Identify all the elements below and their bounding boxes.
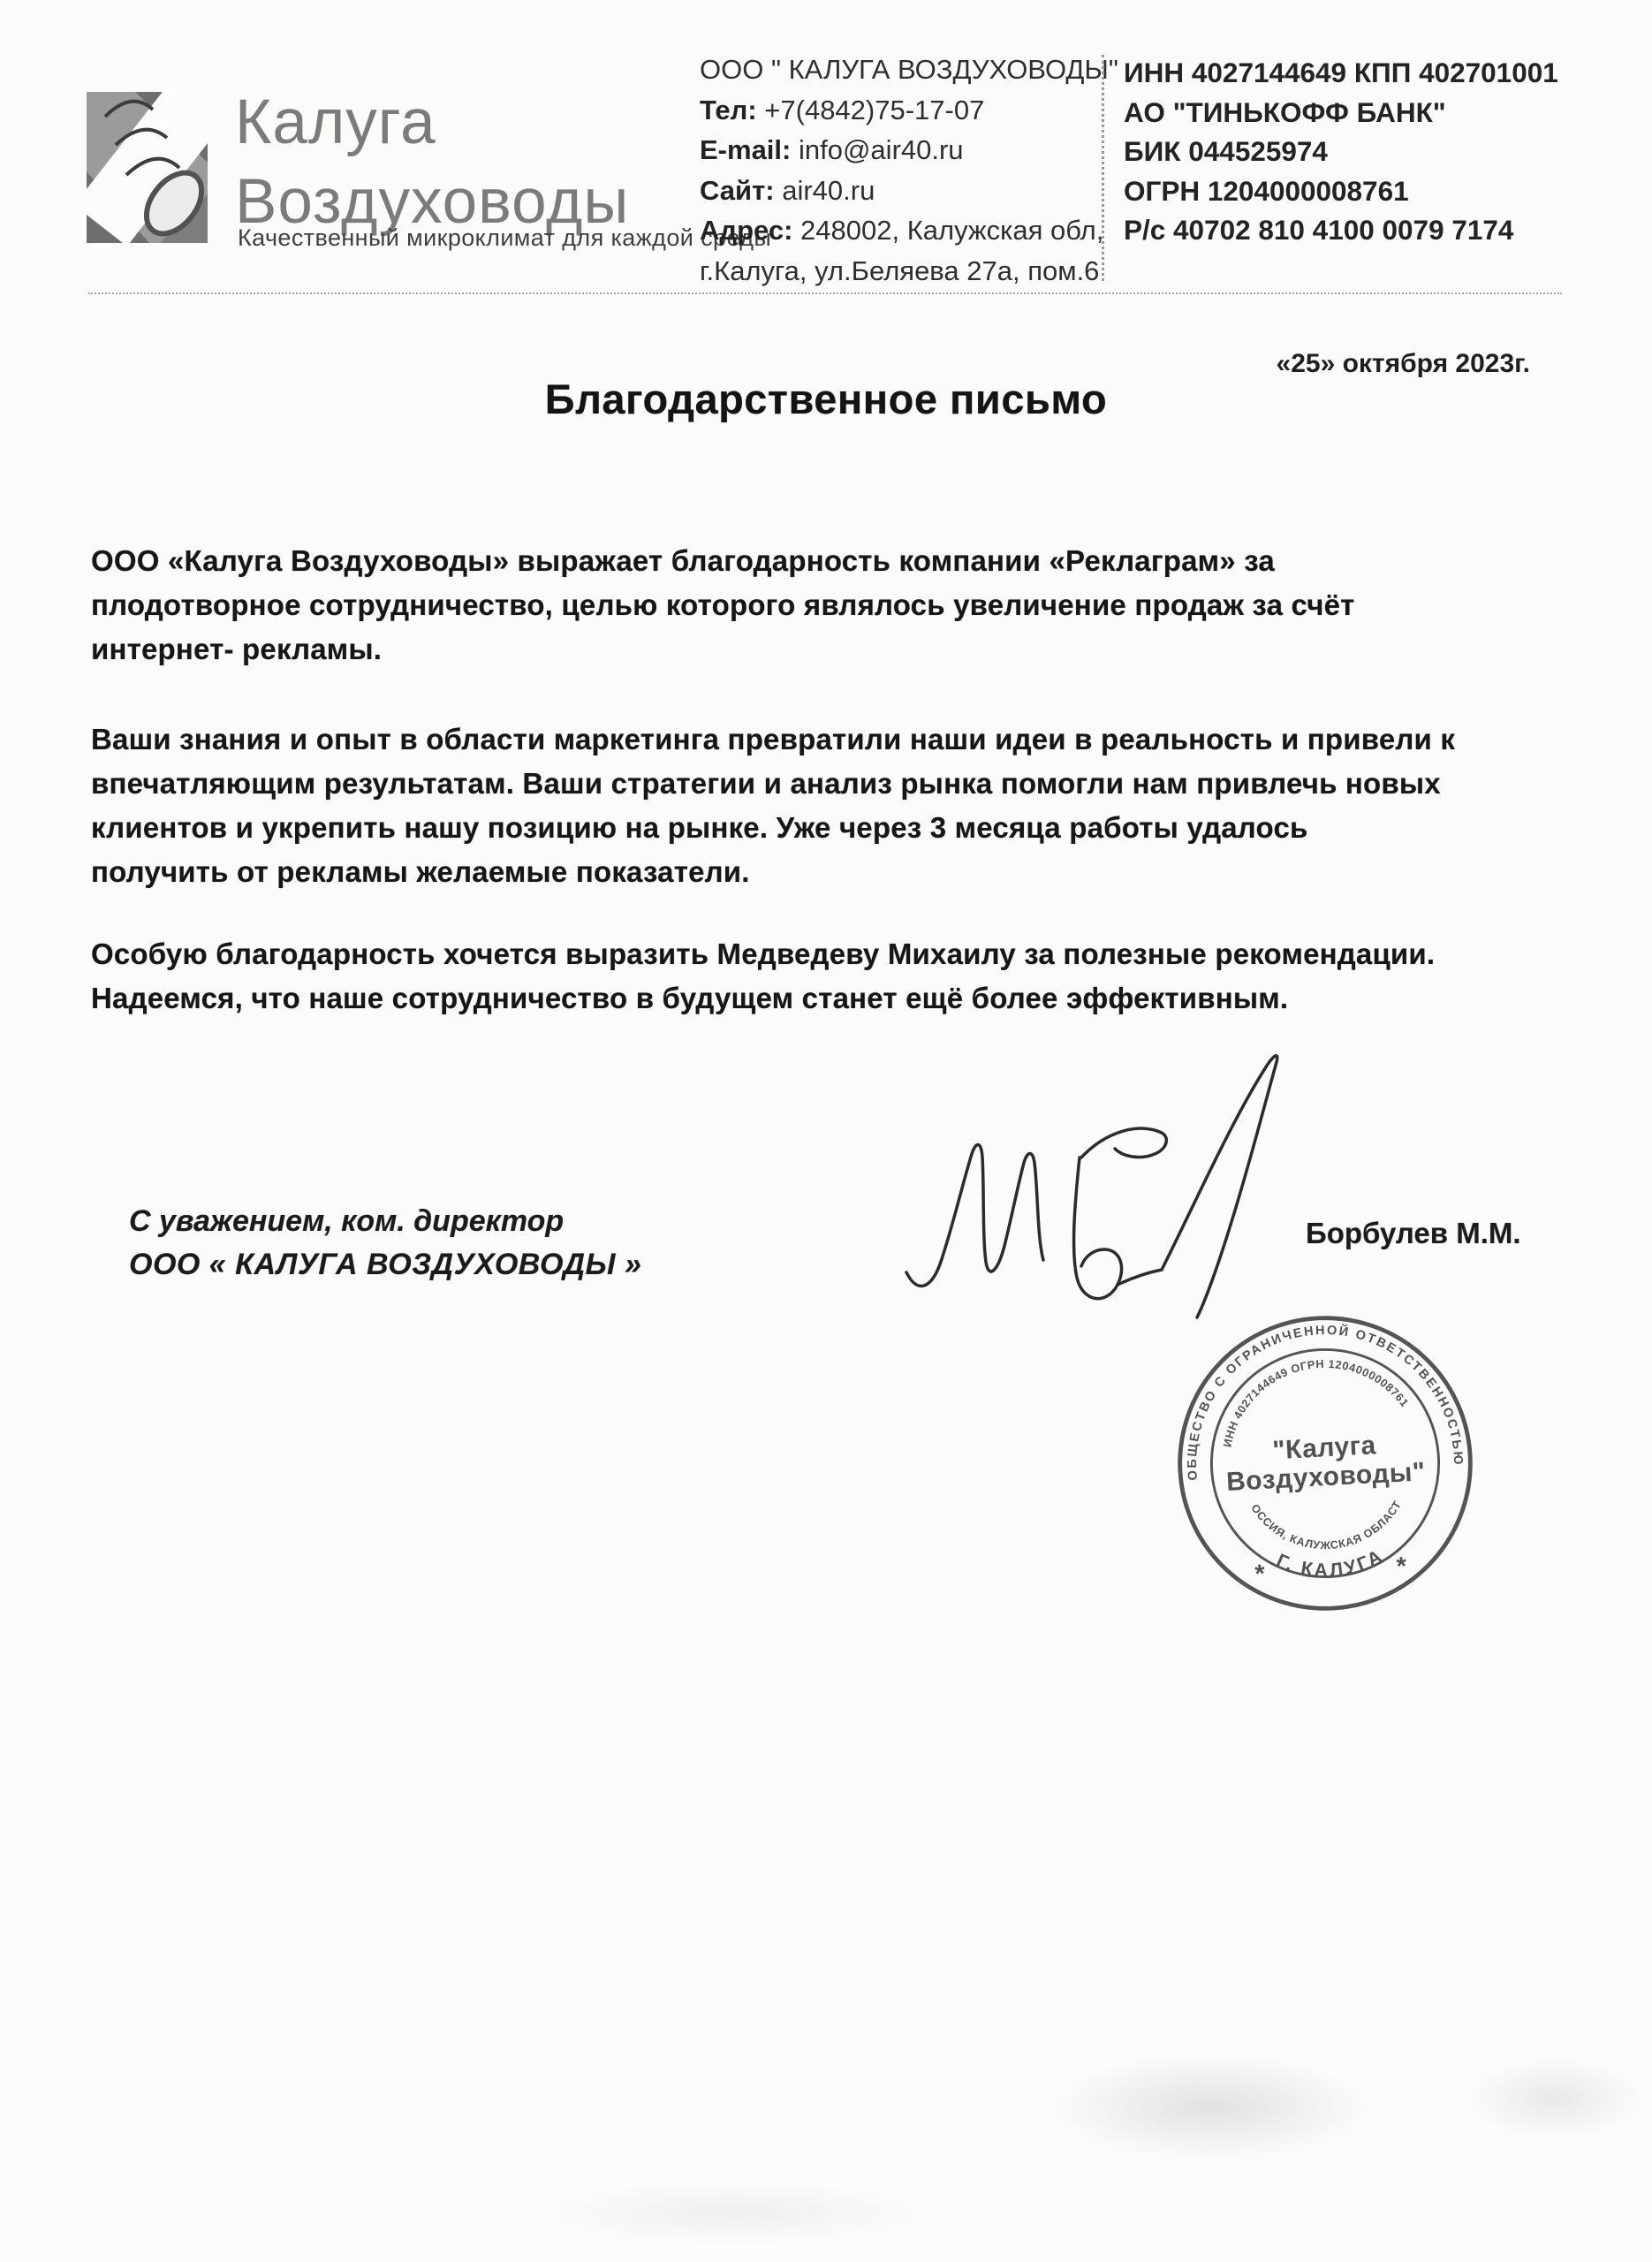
signer-name: Борбулев М.М. <box>1306 1217 1521 1250</box>
logo-tagline: Качественный микроклимат для каждой сред… <box>238 224 771 252</box>
phone-line: Тел: +7(4842)75-17-07 <box>700 90 1118 131</box>
duct-logo-icon <box>84 85 210 247</box>
paragraph-line: клиентов и укрепить нашу позицию на рынк… <box>91 806 1455 850</box>
site-label: Сайт: <box>700 175 775 206</box>
phone-label: Тел: <box>700 95 757 125</box>
address-label: Адрес: <box>700 215 792 246</box>
scan-noise <box>1466 2059 1643 2138</box>
header-rule <box>88 292 1562 294</box>
stamp-center-line2: Воздуховоды" <box>1225 1457 1426 1497</box>
company-name: ООО " КАЛУГА ВОЗДУХОВОДЫ" <box>700 49 1118 90</box>
paragraph-line: Ваши знания и опыт в области маркетинга … <box>91 717 1455 762</box>
handwritten-signature-icon <box>894 1050 1292 1324</box>
paragraph-line: Особую благодарность хочется выразить Ме… <box>91 932 1435 976</box>
site-value: air40.ru <box>782 175 875 206</box>
paragraph-line: интернет- рекламы. <box>91 627 1355 672</box>
bik-line: БИК 044525974 <box>1124 132 1558 171</box>
address-value: 248002, Калужская обл, <box>800 215 1103 246</box>
email-value: info@air40.ru <box>799 134 964 165</box>
logo-wordmark: Калуга Воздуховоды <box>235 83 629 242</box>
logo-line1: Калуга <box>235 83 629 163</box>
column-divider <box>1102 55 1104 281</box>
account-line: Р/с 40702 810 4100 0079 7174 <box>1124 210 1558 250</box>
scan-noise <box>1051 2054 1369 2160</box>
site-line: Сайт: air40.ru <box>700 171 1118 211</box>
ogrn-line: ОГРН 1204000008761 <box>1124 171 1558 211</box>
paragraph-line: впечатляющим результатам. Ваши стратегии… <box>91 762 1455 806</box>
paragraph-1: ООО «Калуга Воздуховоды» выражает благод… <box>91 539 1355 672</box>
inn-kpp-line: ИНН 4027144649 КПП 402701001 <box>1124 53 1558 93</box>
phone-value: +7(4842)75-17-07 <box>764 95 984 125</box>
email-line: E-mail: info@air40.ru <box>700 130 1118 171</box>
letter-page: Калуга Воздуховоды Качественный микрокли… <box>0 0 1652 2262</box>
paragraph-line: плодотворное сотрудничество, целью котор… <box>91 583 1355 627</box>
signoff-company: ООО « КАЛУГА ВОЗДУХОВОДЫ » <box>129 1243 641 1287</box>
address-line-2: г.Калуга, ул.Беляева 27а, пом.6 <box>700 251 1118 292</box>
contact-column: ООО " КАЛУГА ВОЗДУХОВОДЫ" Тел: +7(4842)7… <box>700 49 1118 292</box>
stamp-star-left-icon: * <box>1254 1560 1267 1589</box>
paragraph-2: Ваши знания и опыт в области маркетинга … <box>91 717 1455 894</box>
signoff-role: С уважением, ком. директор <box>129 1200 641 1243</box>
stamp-star-right-icon: * <box>1396 1552 1408 1582</box>
letter-title: Благодарственное письмо <box>0 375 1652 423</box>
signoff-block: С уважением, ком. директор ООО « КАЛУГА … <box>129 1200 641 1287</box>
paragraph-line: получить от рекламы желаемые показатели. <box>91 850 1455 894</box>
paragraph-line: ООО «Калуга Воздуховоды» выражает благод… <box>91 539 1355 583</box>
scan-noise <box>548 2182 919 2244</box>
email-label: E-mail: <box>700 134 791 165</box>
bank-line: АО "ТИНЬКОФФ БАНК" <box>1124 93 1558 133</box>
company-round-stamp-icon: ОБЩЕСТВО С ОГРАНИЧЕННОЙ ОТВЕТСТВЕННОСТЬЮ… <box>1163 1302 1487 1625</box>
requisites-column: ИНН 4027144649 КПП 402701001 АО "ТИНЬКОФ… <box>1124 53 1558 250</box>
paragraph-3: Особую благодарность хочется выразить Ме… <box>91 932 1435 1021</box>
address-line-1: Адрес: 248002, Калужская обл, <box>700 210 1118 251</box>
paragraph-line: Надеемся, что наше сотрудничество в буду… <box>91 976 1435 1021</box>
